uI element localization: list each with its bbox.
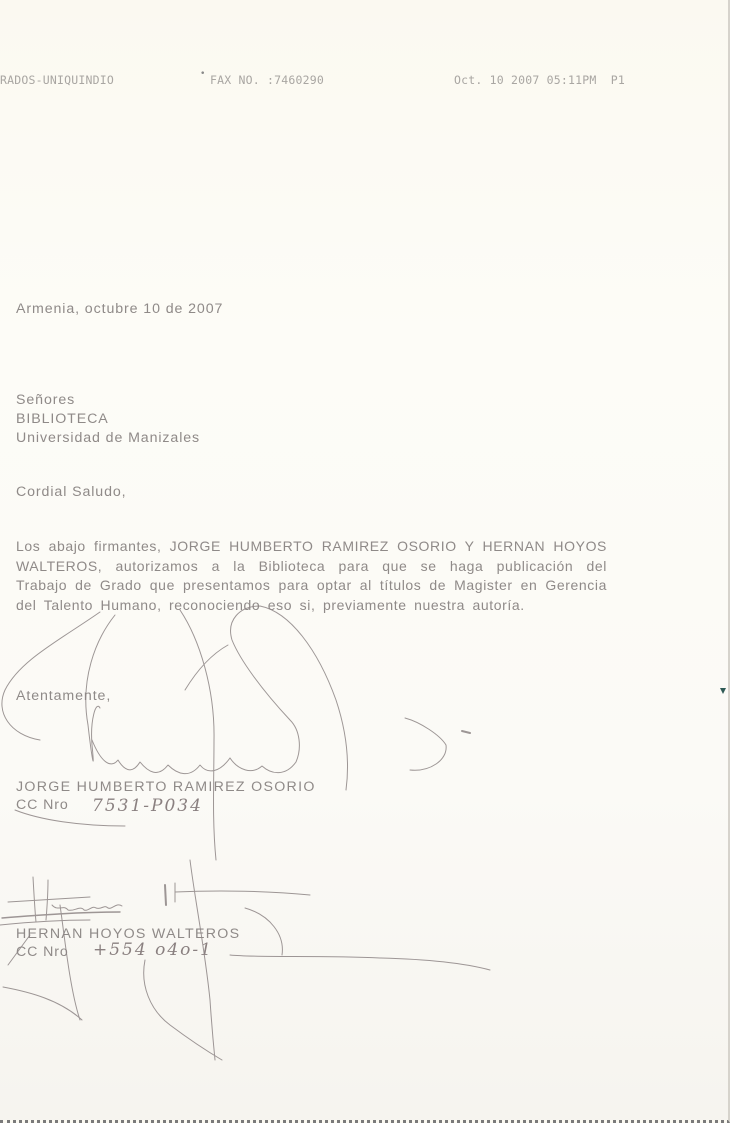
recipient-institution: Universidad de Manizales: [16, 430, 200, 446]
greeting: Cordial Saludo,: [16, 484, 127, 500]
signatory-1-id-handwritten: 7531-P034: [92, 796, 203, 816]
letter-body: Los abajo firmantes, JORGE HUMBERTO RAMI…: [16, 537, 607, 615]
signature-2: [0, 860, 490, 1060]
closing: Atentamente,: [16, 688, 111, 704]
scan-artifact-mark: [720, 688, 726, 694]
fax-timestamp: Oct. 10 2007 05:11PM P1: [454, 73, 625, 87]
signatory-2-id-handwritten: +554 o4o-1: [93, 940, 213, 960]
scanned-fax-page: RADOS-UNIQUINDIO • FAX NO. :7460290 Oct.…: [0, 0, 730, 1123]
place-date: Armenia, octubre 10 de 2007: [16, 301, 223, 317]
fax-sender: RADOS-UNIQUINDIO: [0, 73, 114, 87]
recipient-department: BIBLIOTECA: [16, 411, 109, 427]
signatory-2-id-label: CC Nro: [16, 944, 69, 960]
fax-header: RADOS-UNIQUINDIO • FAX NO. :7460290 Oct.…: [0, 73, 700, 89]
signatory-1-name: JORGE HUMBERTO RAMIREZ OSORIO: [16, 779, 316, 795]
signature-1: [2, 606, 470, 860]
fax-number: FAX NO. :7460290: [210, 73, 324, 87]
recipient-salutation: Señores: [16, 392, 75, 408]
signatory-1-id-label: CC Nro: [16, 797, 69, 813]
scan-speck: •: [200, 69, 206, 79]
